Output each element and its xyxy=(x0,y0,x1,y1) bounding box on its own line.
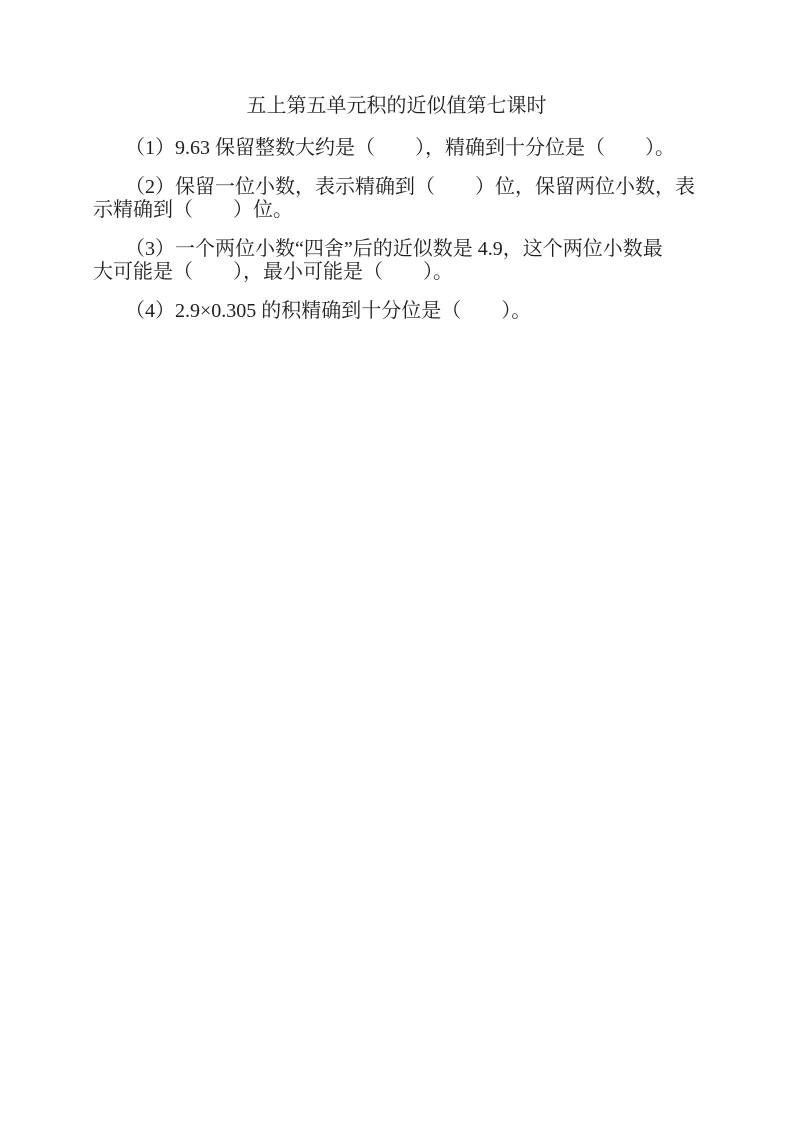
question-2-line-1: （2）保留一位小数，表示精确到（ ）位，保留两位小数，表 xyxy=(93,176,700,199)
question-2: （2）保留一位小数，表示精确到（ ）位，保留两位小数，表 示精确到（ ）位。 xyxy=(93,176,700,222)
question-3-line-2: 大可能是（ ），最小可能是（ ）。 xyxy=(93,261,700,284)
question-3: （3）一个两位小数“四舍”后的近似数是 4.9，这个两位小数最 大可能是（ ），… xyxy=(93,238,700,284)
page-title: 五上第五单元积的近似值第七课时 xyxy=(93,95,700,118)
worksheet-page: 五上第五单元积的近似值第七课时 （1）9.63 保留整数大约是（ ），精确到十分… xyxy=(0,0,793,1122)
question-1-line-1: （1）9.63 保留整数大约是（ ），精确到十分位是（ ）。 xyxy=(93,137,700,160)
question-3-line-1: （3）一个两位小数“四舍”后的近似数是 4.9，这个两位小数最 xyxy=(93,238,700,261)
question-4: （4）2.9×0.305 的积精确到十分位是（ ）。 xyxy=(93,300,700,323)
question-2-line-2: 示精确到（ ）位。 xyxy=(93,199,700,222)
question-4-line-1: （4）2.9×0.305 的积精确到十分位是（ ）。 xyxy=(93,300,700,323)
page-content: 五上第五单元积的近似值第七课时 （1）9.63 保留整数大约是（ ），精确到十分… xyxy=(0,0,793,323)
question-1: （1）9.63 保留整数大约是（ ），精确到十分位是（ ）。 xyxy=(93,137,700,160)
